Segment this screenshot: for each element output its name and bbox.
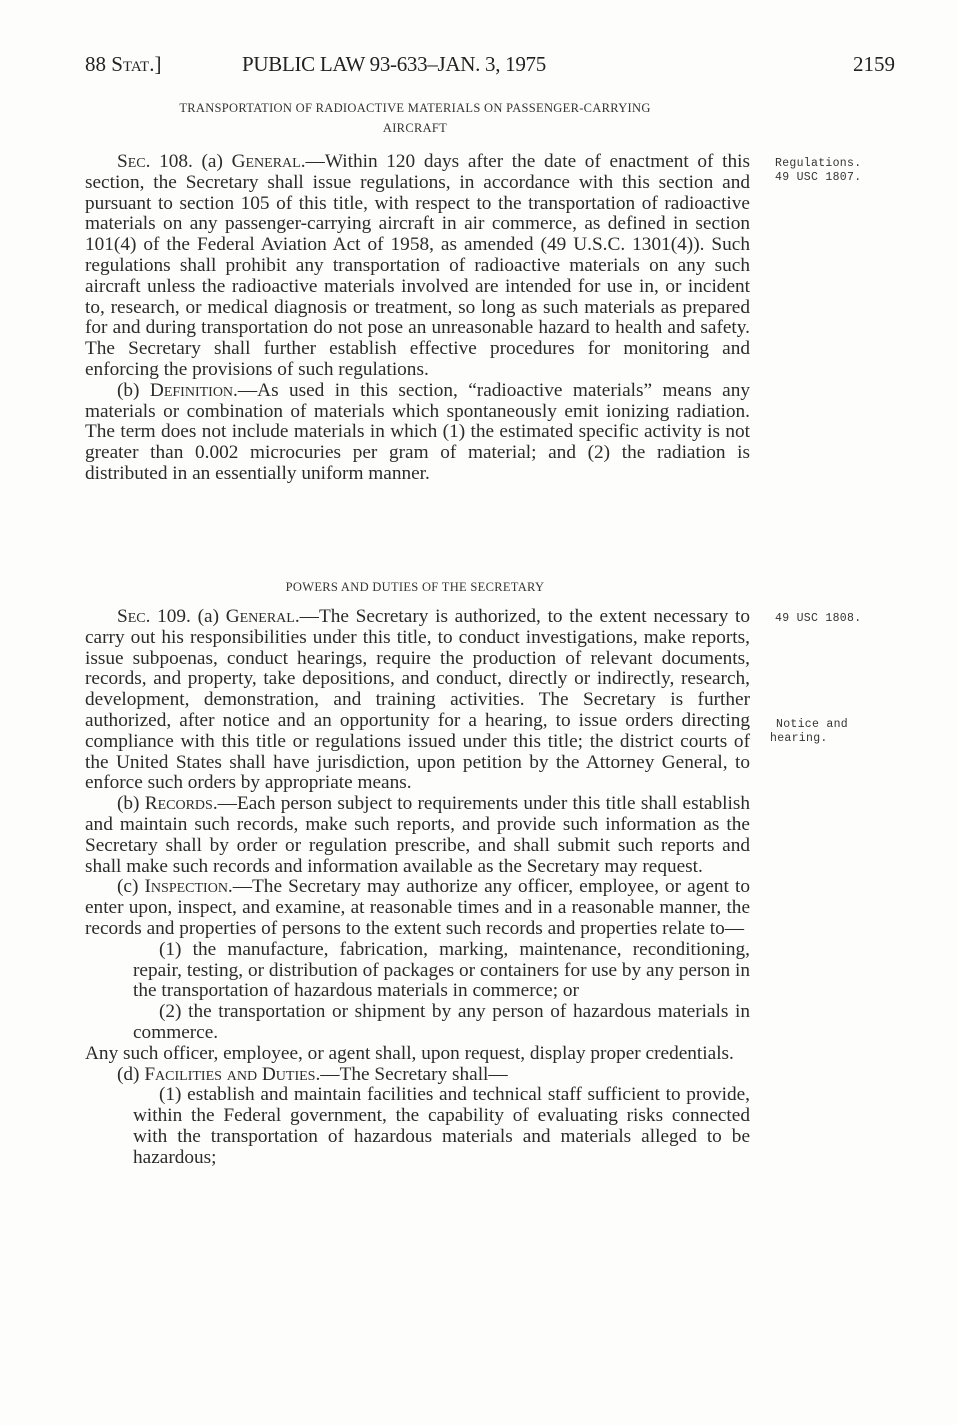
section-109: Sec. 109. (a) General.—The Secretary is … xyxy=(85,607,750,1169)
statute-volume: 88 Stat.] xyxy=(85,52,161,77)
heading-line: POWERS AND DUTIES OF THE SECRETARY xyxy=(85,577,745,597)
volume-number: 88 xyxy=(85,52,106,76)
law-title: PUBLIC LAW 93-633–JAN. 3, 1975 xyxy=(242,52,546,77)
section-108-a: Sec. 108. (a) General.—Within 120 days a… xyxy=(85,152,750,381)
section-heading-powers-duties: POWERS AND DUTIES OF THE SECRETARY xyxy=(85,577,745,597)
section-108: Sec. 108. (a) General.—Within 120 days a… xyxy=(85,152,750,485)
section-109-b: (b) Records.—Each person subject to requ… xyxy=(85,794,750,877)
paragraph-caption: Inspection. xyxy=(145,876,233,897)
paragraph-text: —Within 120 days after the date of enact… xyxy=(85,151,750,380)
margin-note-regulations: Regulations. 49 USC 1807. xyxy=(775,157,861,185)
section-108-b: (b) Definition.—As used in this section,… xyxy=(85,381,750,485)
section-109-d-item-1: (1) establish and maintain facilities an… xyxy=(85,1085,750,1168)
section-109-c-item-1: (1) the manufacture, fabrication, markin… xyxy=(85,940,750,1002)
paragraph-lead: (c) xyxy=(117,876,145,897)
paragraph-caption: Records. xyxy=(145,793,218,814)
margin-note-line: 49 USC 1807. xyxy=(775,171,861,185)
section-109-c-item-2: (2) the transportation or shipment by an… xyxy=(85,1002,750,1044)
section-heading-transportation: TRANSPORTATION OF RADIOACTIVE MATERIALS … xyxy=(85,98,745,138)
margin-note-line: hearing. xyxy=(770,732,848,746)
heading-line-1: TRANSPORTATION OF RADIOACTIVE MATERIALS … xyxy=(85,98,745,118)
paragraph-lead: 109. (a) xyxy=(150,606,225,627)
running-head: 88 Stat.] PUBLIC LAW 93-633–JAN. 3, 1975… xyxy=(85,52,895,82)
paragraph-text: —The Secretary is authorized, to the ext… xyxy=(85,606,750,793)
paragraph-caption: General. xyxy=(226,606,300,627)
margin-note-notice-hearing: Notice and hearing. xyxy=(770,718,848,746)
margin-note-usc-1808: 49 USC 1808. xyxy=(775,612,861,626)
volume-label: Stat xyxy=(111,52,149,76)
section-109-d: (d) Facilities and Duties.—The Secretary… xyxy=(85,1065,750,1086)
paragraph-lead: (d) xyxy=(117,1064,144,1085)
margin-note-line: 49 USC 1808. xyxy=(775,612,861,626)
paragraph-lead: (b) xyxy=(117,793,145,814)
margin-note-line: Notice and xyxy=(770,718,848,732)
paragraph-lead: (b) xyxy=(117,380,150,401)
section-109-c: (c) Inspection.—The Secretary may author… xyxy=(85,877,750,939)
heading-line-2: AIRCRAFT xyxy=(85,118,745,138)
sec-label: Sec. xyxy=(117,606,150,627)
paragraph-text: —The Secretary shall— xyxy=(320,1064,507,1085)
paragraph-caption: General. xyxy=(232,151,306,172)
paragraph-caption: Facilities and Duties. xyxy=(144,1064,320,1085)
page-number: 2159 xyxy=(853,52,895,77)
section-109-c-closing: Any such officer, employee, or agent sha… xyxy=(85,1044,750,1065)
volume-suffix: .] xyxy=(149,52,161,76)
section-109-a: Sec. 109. (a) General.—The Secretary is … xyxy=(85,607,750,794)
sec-label: Sec. xyxy=(117,151,150,172)
margin-note-line: Regulations. xyxy=(775,157,861,171)
paragraph-lead: 108. (a) xyxy=(150,151,231,172)
paragraph-caption: Definition. xyxy=(150,380,238,401)
